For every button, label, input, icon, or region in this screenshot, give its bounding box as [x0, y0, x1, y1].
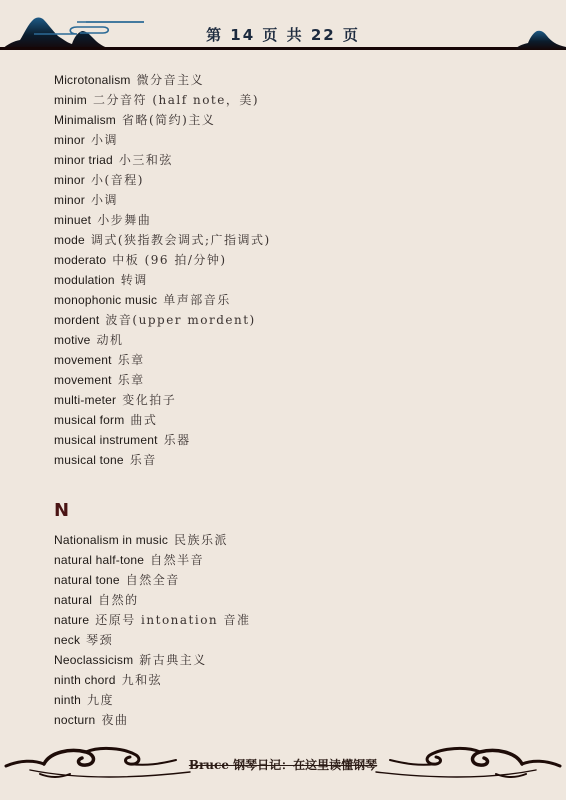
term-zh: 乐章	[118, 373, 145, 387]
term-zh: 波音(upper mordent)	[105, 313, 255, 327]
glossary-entry: mordent波音(upper mordent)	[54, 310, 534, 330]
glossary-content: Microtonalism微分音主义 minim二分音符 (half note，…	[54, 70, 534, 730]
glossary-entry: Microtonalism微分音主义	[54, 70, 534, 90]
term-zh: 自然的	[98, 593, 139, 607]
glossary-entry: ninth chord九和弦	[54, 670, 534, 690]
term-zh: 变化拍子	[122, 393, 176, 407]
glossary-entry: nocturn夜曲	[54, 710, 534, 730]
glossary-entry: musical form曲式	[54, 410, 534, 430]
glossary-entry: musical instrument乐器	[54, 430, 534, 450]
glossary-entry: natural tone自然全音	[54, 570, 534, 590]
term-zh: 自然全音	[126, 573, 180, 587]
term-zh: 小三和弦	[119, 153, 173, 167]
glossary-entry: moderato中板 (96 拍/分钟)	[54, 250, 534, 270]
page-header: 第 14 页 共 22 页	[0, 0, 566, 60]
glossary-entry: minor小调	[54, 130, 534, 150]
page-footer: Bruce 钢琴日记：在这里读懂钢琴	[0, 738, 566, 788]
glossary-entry: neck琴颈	[54, 630, 534, 650]
term-zh: 小调	[91, 133, 118, 147]
term-zh: 转调	[121, 273, 148, 287]
term-zh: 乐章	[118, 353, 145, 367]
term-en: neck	[54, 633, 80, 647]
glossary-entry: monophonic music单声部音乐	[54, 290, 534, 310]
term-zh: 民族乐派	[174, 533, 228, 547]
term-zh: 中板 (96 拍/分钟)	[112, 253, 226, 267]
term-zh: 乐音	[130, 453, 157, 467]
glossary-entry: modulation转调	[54, 270, 534, 290]
term-en: minor	[54, 193, 85, 207]
term-en: movement	[54, 373, 112, 387]
term-en: natural half-tone	[54, 553, 144, 567]
term-en: natural	[54, 593, 92, 607]
term-en: minor	[54, 133, 85, 147]
term-zh: 小调	[91, 193, 118, 207]
term-zh: 曲式	[130, 413, 157, 427]
term-zh: 自然半音	[150, 553, 204, 567]
glossary-entry: ninth九度	[54, 690, 534, 710]
term-en: musical tone	[54, 453, 124, 467]
term-en: Neoclassicism	[54, 653, 133, 667]
term-en: nocturn	[54, 713, 95, 727]
term-en: minor triad	[54, 153, 113, 167]
glossary-entry: minor triad小三和弦	[54, 150, 534, 170]
glossary-entry: movement乐章	[54, 370, 534, 390]
glossary-entry: minor小(音程)	[54, 170, 534, 190]
term-zh: 动机	[97, 333, 124, 347]
glossary-entry: minim二分音符 (half note，美)	[54, 90, 534, 110]
glossary-entry: Minimalism省略(简约)主义	[54, 110, 534, 130]
term-zh: 新古典主义	[139, 653, 207, 667]
term-en: mode	[54, 233, 85, 247]
term-zh: 小(音程)	[91, 173, 144, 187]
term-en: Minimalism	[54, 113, 116, 127]
term-en: multi-meter	[54, 393, 116, 407]
term-en: moderato	[54, 253, 106, 267]
glossary-entry: natural自然的	[54, 590, 534, 610]
glossary-entry: multi-meter变化拍子	[54, 390, 534, 410]
term-zh: 乐器	[164, 433, 191, 447]
term-zh: 九度	[87, 693, 114, 707]
term-zh: 夜曲	[101, 713, 128, 727]
page-indicator: 第 14 页 共 22 页	[0, 24, 566, 45]
glossary-entry: natural half-tone自然半音	[54, 550, 534, 570]
glossary-entry: mode调式(狭指教会调式;广指调式)	[54, 230, 534, 250]
term-zh: 微分音主义	[137, 73, 205, 87]
term-zh: 省略(简约)主义	[122, 113, 215, 127]
term-en: ninth	[54, 693, 81, 707]
term-en: minuet	[54, 213, 91, 227]
glossary-entry: movement乐章	[54, 350, 534, 370]
term-zh: 琴颈	[86, 633, 113, 647]
term-en: ninth chord	[54, 673, 116, 687]
glossary-entry: musical tone乐音	[54, 450, 534, 470]
term-zh: 还原号 intonation 音准	[95, 613, 250, 627]
term-en: Nationalism in music	[54, 533, 168, 547]
term-en: Microtonalism	[54, 73, 131, 87]
term-en: nature	[54, 613, 89, 627]
term-en: movement	[54, 353, 112, 367]
letter-heading: N	[54, 484, 534, 530]
footer-caption: Bruce 钢琴日记：在这里读懂钢琴	[0, 756, 566, 773]
term-zh: 九和弦	[122, 673, 163, 687]
term-en: musical form	[54, 413, 124, 427]
term-zh: 小步舞曲	[97, 213, 151, 227]
term-en: motive	[54, 333, 91, 347]
term-en: mordent	[54, 313, 99, 327]
section-gap	[54, 470, 534, 484]
glossary-entry: Nationalism in music民族乐派	[54, 530, 534, 550]
glossary-entry: nature还原号 intonation 音准	[54, 610, 534, 630]
term-en: musical instrument	[54, 433, 158, 447]
section-n: N Nationalism in music民族乐派 natural half-…	[54, 484, 534, 730]
glossary-entry: minuet小步舞曲	[54, 210, 534, 230]
term-en: minor	[54, 173, 85, 187]
glossary-entry: Neoclassicism新古典主义	[54, 650, 534, 670]
glossary-entry: motive动机	[54, 330, 534, 350]
term-zh: 单声部音乐	[163, 293, 231, 307]
glossary-entry: minor小调	[54, 190, 534, 210]
term-zh: 二分音符 (half note，美)	[93, 93, 259, 107]
term-en: natural tone	[54, 573, 120, 587]
term-en: monophonic music	[54, 293, 157, 307]
term-en: modulation	[54, 273, 115, 287]
term-en: minim	[54, 93, 87, 107]
section-m: Microtonalism微分音主义 minim二分音符 (half note，…	[54, 70, 534, 470]
term-zh: 调式(狭指教会调式;广指调式)	[91, 233, 271, 247]
